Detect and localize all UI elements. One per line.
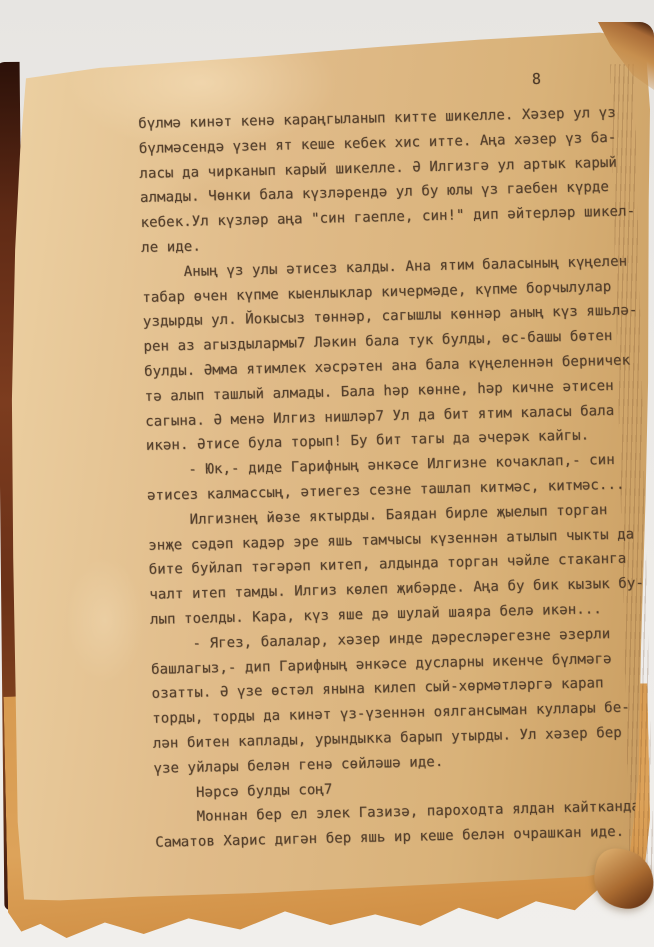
paragraph: бүлмә кинәт кенә караңгыланып китте шике… [138,100,643,261]
paragraph: Аның үз улы әтисез калды. Ана ятим балас… [142,249,649,459]
paragraph: - Ягез, балалар, хәзер инде дәресләрегез… [150,621,654,782]
manuscript-page: 8 бүлмә кинәт кенә караңгыланып китте ши… [10,30,650,910]
page-number: 8 [532,70,542,88]
photo-backdrop: 8 бүлмә кинәт кенә караңгыланып китте ши… [0,0,654,947]
typewritten-text-block: бүлмә кинәт кенә караңгыланып китте шике… [138,100,654,856]
paragraph: Илгизнең йөзе яктырды. Баядан бирле җыел… [147,497,652,633]
paragraph: Моннан бер ел элек Газизә, пароходта ялд… [154,794,654,855]
